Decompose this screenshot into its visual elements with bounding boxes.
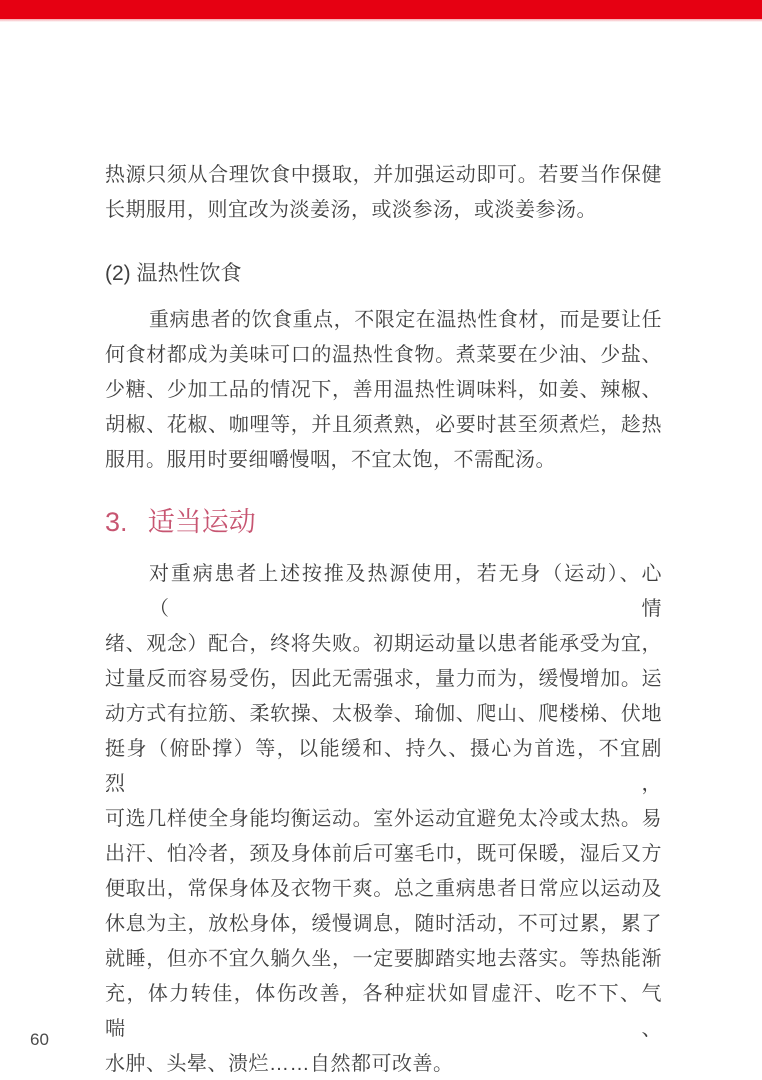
text-line: 可选几样使全身能均衡运动。室外运动宜避免太冷或太热。易 <box>105 802 662 837</box>
subsection-heading: (2) 温热性饮食 <box>105 256 662 291</box>
paragraph: 重病患者的饮食重点，不限定在温热性食材，而是要让任何食材都成为美味可口的温热性食… <box>105 303 662 478</box>
header-red-bar-shadow <box>0 19 762 22</box>
text-line: 出汗、怕冷者，颈及身体前后可塞毛巾，既可保暖，湿后又方 <box>105 837 662 872</box>
text-line: 重病患者的饮食重点，不限定在温热性食材，而是要让任 <box>105 303 662 338</box>
page-content: 热源只须从合理饮食中摄取，并加强运动即可。若要当作保健长期服用，则宜改为淡姜汤，… <box>105 158 662 1080</box>
text-line: 就睡，但亦不宜久躺久坐，一定要脚踏实地去落实。等热能渐 <box>105 942 662 977</box>
text-line: 对重病患者上述按推及热源使用，若无身（运动）、心（情 <box>105 557 662 627</box>
text-line: 休息为主，放松身体，缓慢调息，随时活动，不可过累，累了 <box>105 907 662 942</box>
text-line: 充，体力转佳，体伤改善，各种症状如冒虚汗、吃不下、气喘、 <box>105 977 662 1047</box>
text-line: 绪、观念）配合，终将失败。初期运动量以患者能承受为宜， <box>105 627 662 662</box>
text-line: 水肿、头晕、溃烂……自然都可改善。 <box>105 1047 662 1080</box>
text-line: 过量反而容易受伤，因此无需强求，量力而为，缓慢增加。运 <box>105 662 662 697</box>
text-line: 挺身（俯卧撑）等，以能缓和、持久、摄心为首选，不宜剧烈， <box>105 732 662 802</box>
text-line: 服用。服用时要细嚼慢咽，不宜太饱，不需配汤。 <box>105 443 662 478</box>
text-line: 何食材都成为美味可口的温热性食物。煮菜要在少油、少盐、 <box>105 338 662 373</box>
text-line: 少糖、少加工品的情况下，善用温热性调味料，如姜、辣椒、 <box>105 373 662 408</box>
paragraph: 热源只须从合理饮食中摄取，并加强运动即可。若要当作保健长期服用，则宜改为淡姜汤，… <box>105 158 662 228</box>
section-heading-number: 3. <box>105 507 128 537</box>
header-red-bar <box>0 0 762 19</box>
paragraph: 对重病患者上述按推及热源使用，若无身（运动）、心（情绪、观念）配合，终将失败。初… <box>105 557 662 1080</box>
text-line: 热源只须从合理饮食中摄取，并加强运动即可。若要当作保健 <box>105 158 662 193</box>
text-line: 胡椒、花椒、咖哩等，并且须煮熟，必要时甚至须煮烂，趁热 <box>105 408 662 443</box>
book-page: 热源只须从合理饮食中摄取，并加强运动即可。若要当作保健长期服用，则宜改为淡姜汤，… <box>0 0 762 1080</box>
text-line: 长期服用，则宜改为淡姜汤，或淡参汤，或淡姜参汤。 <box>105 193 662 228</box>
page-number: 60 <box>30 1030 49 1050</box>
section-heading-title: 适当运动 <box>148 507 256 537</box>
text-line: 便取出，常保身体及衣物干爽。总之重病患者日常应以运动及 <box>105 872 662 907</box>
section-heading: 3.适当运动 <box>105 502 662 542</box>
text-line: 动方式有拉筋、柔软操、太极拳、瑜伽、爬山、爬楼梯、伏地 <box>105 697 662 732</box>
